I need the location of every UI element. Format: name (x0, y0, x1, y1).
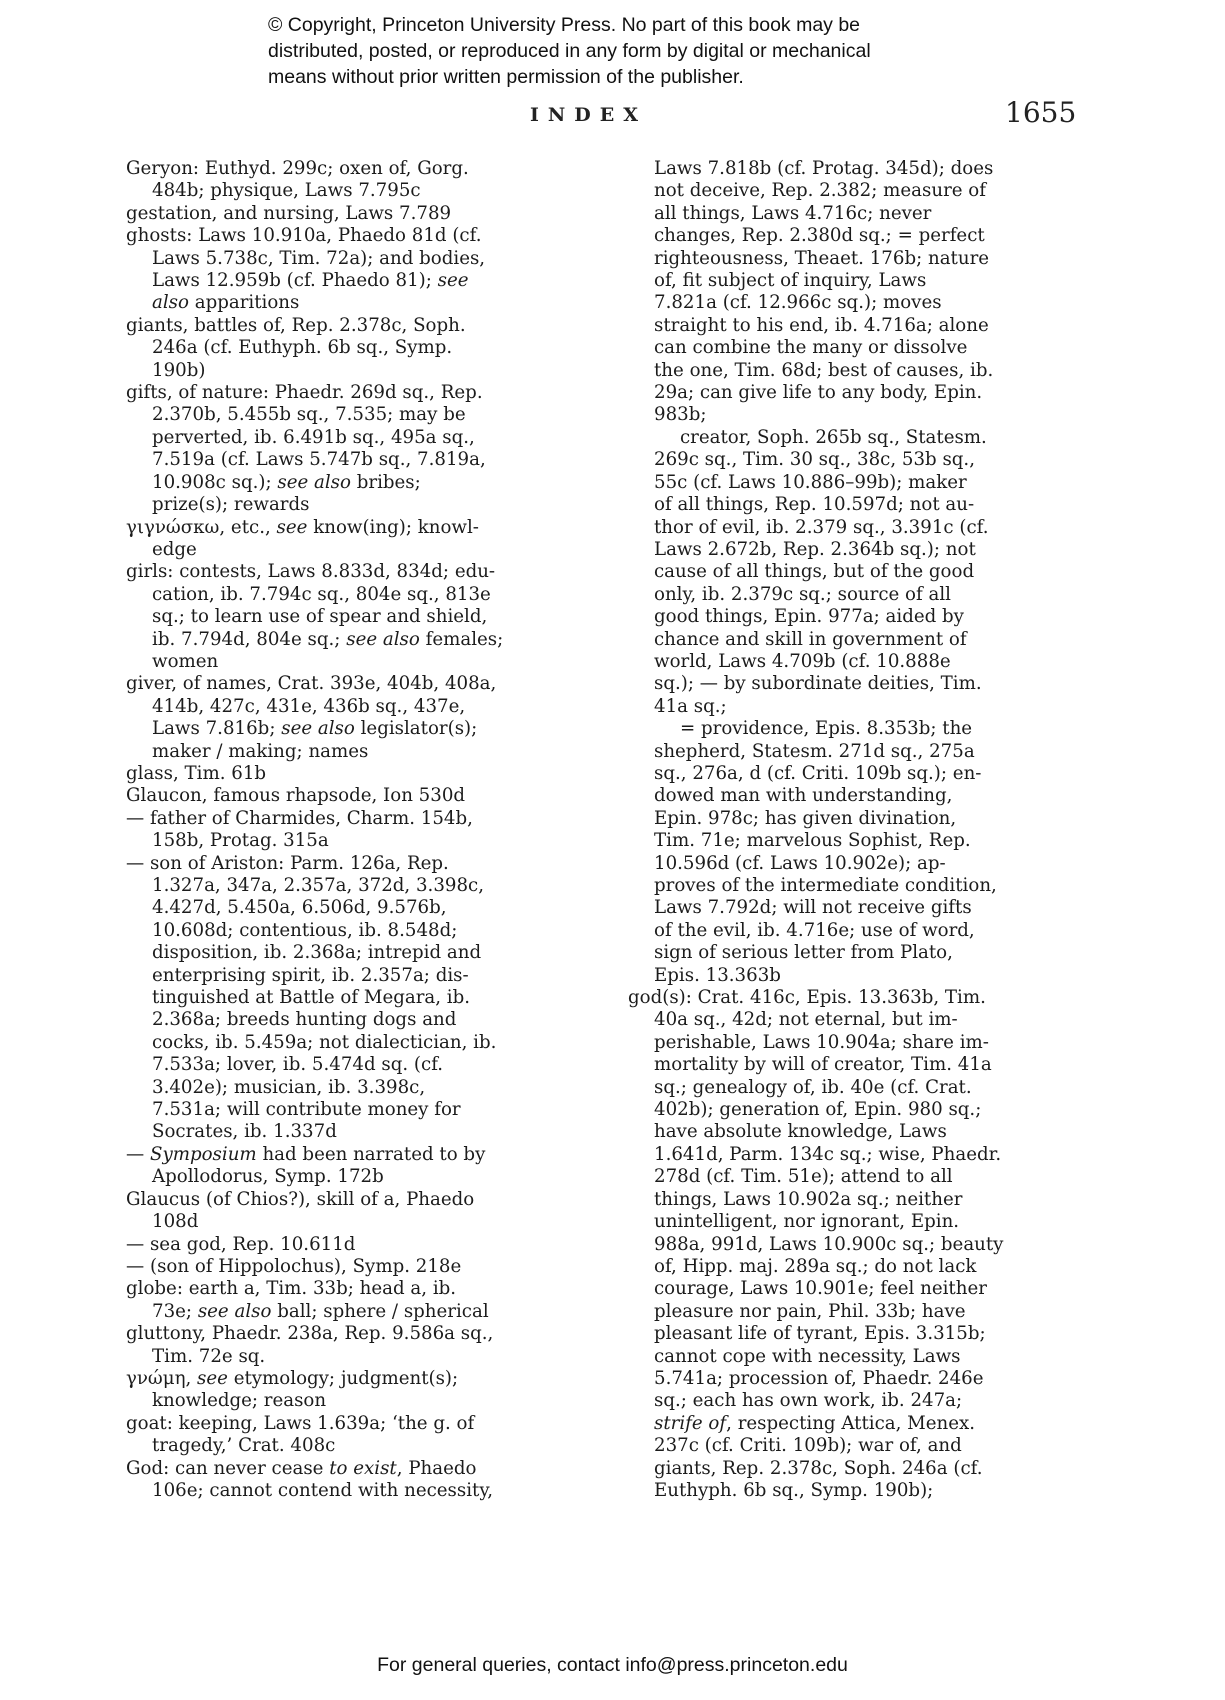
index-entry-continuation-line: only, ib. 2.379c sq.; source of all (628, 584, 1080, 606)
index-entry-continuation-line: things, Laws 10.902a sq.; neither (628, 1189, 1080, 1211)
index-entry-continuation-line: 41a sq.; (628, 696, 1080, 718)
index-entry-continuation-line: pleasant life of tyrant, Epis. 3.315b; (628, 1323, 1080, 1345)
copyright-line: © Copyright, Princeton University Press.… (268, 12, 1028, 38)
index-entry-continuation-line: tinguished at Battle of Megara, ib. (126, 987, 588, 1009)
copyright-line: distributed, posted, or reproduced in an… (268, 38, 1028, 64)
copyright-notice: © Copyright, Princeton University Press.… (268, 12, 1028, 90)
index-entry-continuation-line: enterprising spirit, ib. 2.357a; dis- (126, 965, 588, 987)
index-entry-continuation-line: Euthyph. 6b sq., Symp. 190b); (628, 1480, 1080, 1502)
index-entry-heading-line: gluttony, Phaedr. 238a, Rep. 9.586a sq., (126, 1323, 588, 1345)
index-entry-continuation-line: straight to his end, ib. 4.716a; alone (628, 315, 1080, 337)
index-entry-continuation-line: 7.821a (cf. 12.966c sq.); moves (628, 292, 1080, 314)
index-entry-continuation-line: Epin. 978c; has given divination, (628, 808, 1080, 830)
index-entry-continuation-line: 3.402e); musician, ib. 3.398c, (126, 1077, 588, 1099)
index-entry-continuation-line: perverted, ib. 6.491b sq., 495a sq., (126, 427, 588, 449)
index-entry-continuation-line: 158b, Protag. 315a (126, 830, 588, 852)
index-entry-continuation-line: = providence, Epis. 8.353b; the (628, 718, 1080, 740)
index-entry-continuation-line: 983b; (628, 404, 1080, 426)
index-entry-heading-line: Glaucus (of Chios?), skill of a, Phaedo (126, 1189, 588, 1211)
index-entry-continuation-line: all things, Laws 4.716c; never (628, 203, 1080, 225)
index-entry-heading-line: giver, of names, Crat. 393e, 404b, 408a, (126, 673, 588, 695)
index-entry-continuation-line: Laws 7.818b (cf. Protag. 345d); does (628, 158, 1080, 180)
index-entry-continuation-line: Apollodorus, Symp. 172b (126, 1166, 588, 1188)
index-entry-heading-line: γιγνώσκω, etc., see know(ing); knowl- (126, 517, 588, 539)
index-entry-continuation-line: mortality by will of creator, Tim. 41a (628, 1054, 1080, 1076)
index-entry-continuation-line: can combine the many or dissolve (628, 337, 1080, 359)
index-entry-continuation-line: sq., 276a, d (cf. Criti. 109b sq.); en- (628, 763, 1080, 785)
index-entry-continuation-line: 484b; physique, Laws 7.795c (126, 180, 588, 202)
index-entry-heading-line: — father of Charmides, Charm. 154b, (126, 808, 588, 830)
index-entry-continuation-line: righteousness, Theaet. 176b; nature (628, 248, 1080, 270)
index-entry-continuation-line: 29a; can give life to any body, Epin. (628, 382, 1080, 404)
index-entry-continuation-line: cannot cope with necessity, Laws (628, 1346, 1080, 1368)
index-entry-continuation-line: dowed man with understanding, (628, 785, 1080, 807)
index-entry-heading-line: girls: contests, Laws 8.833d, 834d; edu- (126, 561, 588, 583)
index-entry-continuation-line: sq.; genealogy of, ib. 40e (cf. Crat. (628, 1077, 1080, 1099)
index-entry-continuation-line: 988a, 991d, Laws 10.900c sq.; beauty (628, 1234, 1080, 1256)
index-entry-continuation-line: 40a sq., 42d; not eternal, but im- (628, 1009, 1080, 1031)
index-entry-heading-line: gifts, of nature: Phaedr. 269d sq., Rep. (126, 382, 588, 404)
index-entry-continuation-line: knowledge; reason (126, 1390, 588, 1412)
index-entry-continuation-line: 246a (cf. Euthyph. 6b sq., Symp. (126, 337, 588, 359)
index-entry-continuation-line: 73e; see also ball; sphere / spherical (126, 1301, 588, 1323)
index-entry-heading-line: Glaucon, famous rhapsode, Ion 530d (126, 785, 588, 807)
index-entry-continuation-line: Epis. 13.363b (628, 965, 1080, 987)
index-entry-continuation-line: Laws 12.959b (cf. Phaedo 81); see (126, 270, 588, 292)
index-entry-heading-line: — son of Ariston: Parm. 126a, Rep. (126, 853, 588, 875)
index-entry-continuation-line: disposition, ib. 2.368a; intrepid and (126, 942, 588, 964)
index-entry-heading-line: — (son of Hippolochus), Symp. 218e (126, 1256, 588, 1278)
index-entry-continuation-line: 5.741a; procession of, Phaedr. 246e (628, 1368, 1080, 1390)
index-entry-continuation-line: courage, Laws 10.901e; feel neither (628, 1278, 1080, 1300)
index-entry-continuation-line: 1.327a, 347a, 2.357a, 372d, 3.398c, (126, 875, 588, 897)
index-entry-continuation-line: 10.596d (cf. Laws 10.902e); ap- (628, 853, 1080, 875)
index-entry-continuation-line: world, Laws 4.709b (cf. 10.888e (628, 651, 1080, 673)
index-entry-continuation-line: 10.908c sq.); see also bribes; (126, 472, 588, 494)
index-entry-continuation-line: proves of the intermediate condition, (628, 875, 1080, 897)
index-entry-continuation-line: shepherd, Statesm. 271d sq., 275a (628, 741, 1080, 763)
index-entry-heading-line: goat: keeping, Laws 1.639a; ‘the g. of (126, 1413, 588, 1435)
index-entry-heading-line: γνώμη, see etymology; judgment(s); (126, 1368, 588, 1390)
index-entry-continuation-line: 10.608d; contentious, ib. 8.548d; (126, 920, 588, 942)
index-entry-continuation-line: unintelligent, nor ignorant, Epin. (628, 1211, 1080, 1233)
index-entry-continuation-line: Tim. 72e sq. (126, 1346, 588, 1368)
index-entry-continuation-line: of all things, Rep. 10.597d; not au- (628, 494, 1080, 516)
index-entry-heading-line: globe: earth a, Tim. 33b; head a, ib. (126, 1278, 588, 1300)
index-entry-continuation-line: Laws 2.672b, Rep. 2.364b sq.); not (628, 539, 1080, 561)
index-entry-continuation-line: 2.368a; breeds hunting dogs and (126, 1009, 588, 1031)
index-entry-continuation-line: of, fit subject of inquiry, Laws (628, 270, 1080, 292)
index-entry-continuation-line: giants, Rep. 2.378c, Soph. 246a (cf. (628, 1458, 1080, 1480)
index-entry-continuation-line: of, Hipp. maj. 289a sq.; do not lack (628, 1256, 1080, 1278)
index-entry-continuation-line: tragedy,’ Crat. 408c (126, 1435, 588, 1457)
index-entry-continuation-line: edge (126, 539, 588, 561)
index-entry-continuation-line: 2.370b, 5.455b sq., 7.535; may be (126, 404, 588, 426)
footer-contact: For general queries, contact info@press.… (0, 1654, 1225, 1677)
index-entry-heading-line: gestation, and nursing, Laws 7.789 (126, 203, 588, 225)
index-entry-continuation-line: Laws 7.816b; see also legislator(s); (126, 718, 588, 740)
index-entry-continuation-line: also apparitions (126, 292, 588, 314)
copyright-line: means without prior written permission o… (268, 64, 1028, 90)
page-number: 1655 (1005, 96, 1076, 129)
index-entry-continuation-line: not deceive, Rep. 2.382; measure of (628, 180, 1080, 202)
index-entry-continuation-line: 55c (cf. Laws 10.886–99b); maker (628, 472, 1080, 494)
index-entry-continuation-line: the one, Tim. 68d; best of causes, ib. (628, 360, 1080, 382)
index-entry-continuation-line: changes, Rep. 2.380d sq.; = perfect (628, 225, 1080, 247)
index-entry-continuation-line: Socrates, ib. 1.337d (126, 1121, 588, 1143)
index-entry-continuation-line: 402b); generation of, Epin. 980 sq.; (628, 1099, 1080, 1121)
index-entry-continuation-line: chance and skill in government of (628, 629, 1080, 651)
index-entry-heading-line: ghosts: Laws 10.910a, Phaedo 81d (cf. (126, 225, 588, 247)
index-entry-continuation-line: 7.533a; lover, ib. 5.474d sq. (cf. (126, 1054, 588, 1076)
index-entry-continuation-line: Laws 7.792d; will not receive gifts (628, 897, 1080, 919)
index-entry-continuation-line: 106e; cannot contend with necessity, (126, 1480, 588, 1502)
index-entry-heading-line: Geryon: Euthyd. 299c; oxen of, Gorg. (126, 158, 588, 180)
index-entry-continuation-line: 414b, 427c, 431e, 436b sq., 437e, (126, 696, 588, 718)
index-entry-continuation-line: of the evil, ib. 4.716e; use of word, (628, 920, 1080, 942)
index-entry-continuation-line: cation, ib. 7.794c sq., 804e sq., 813e (126, 584, 588, 606)
index-entry-continuation-line: perishable, Laws 10.904a; share im- (628, 1032, 1080, 1054)
index-entry-continuation-line: 1.641d, Parm. 134c sq.; wise, Phaedr. (628, 1144, 1080, 1166)
index-entry-heading-line: glass, Tim. 61b (126, 763, 588, 785)
index-entry-heading-line: giants, battles of, Rep. 2.378c, Soph. (126, 315, 588, 337)
index-entry-continuation-line: creator, Soph. 265b sq., Statesm. (628, 427, 1080, 449)
index-entry-continuation-line: women (126, 651, 588, 673)
index-entry-continuation-line: Laws 5.738c, Tim. 72a); and bodies, (126, 248, 588, 270)
index-entry-continuation-line: prize(s); rewards (126, 494, 588, 516)
index-entry-continuation-line: ib. 7.794d, 804e sq.; see also females; (126, 629, 588, 651)
index-entry-continuation-line: maker / making; names (126, 741, 588, 763)
index-entry-continuation-line: 237c (cf. Criti. 109b); war of, and (628, 1435, 1080, 1457)
index-entry-continuation-line: have absolute knowledge, Laws (628, 1121, 1080, 1143)
index-column-right: Laws 7.818b (cf. Protag. 345d); doesnot … (628, 158, 1080, 1502)
index-entry-continuation-line: sign of serious letter from Plato, (628, 942, 1080, 964)
index-entry-continuation-line: sq.; to learn use of spear and shield, (126, 606, 588, 628)
index-entry-continuation-line: 278d (cf. Tim. 51e); attend to all (628, 1166, 1080, 1188)
index-entry-continuation-line: 7.531a; will contribute money for (126, 1099, 588, 1121)
index-entry-heading-line: God: can never cease to exist, Phaedo (126, 1458, 588, 1480)
index-entry-continuation-line: thor of evil, ib. 2.379 sq., 3.391c (cf. (628, 517, 1080, 539)
index-entry-continuation-line: sq.); — by subordinate deities, Tim. (628, 673, 1080, 695)
index-entry-continuation-line: 4.427d, 5.450a, 6.506d, 9.576b, (126, 897, 588, 919)
index-entry-heading-line: — Symposium had been narrated to by (126, 1144, 588, 1166)
index-entry-continuation-line: pleasure nor pain, Phil. 33b; have (628, 1301, 1080, 1323)
index-entry-heading-line: — sea god, Rep. 10.611d (126, 1234, 588, 1256)
index-column-left: Geryon: Euthyd. 299c; oxen of, Gorg.484b… (126, 158, 588, 1502)
index-entry-continuation-line: strife of, respecting Attica, Menex. (628, 1413, 1080, 1435)
index-entry-continuation-line: Tim. 71e; marvelous Sophist, Rep. (628, 830, 1080, 852)
index-entry-continuation-line: good things, Epin. 977a; aided by (628, 606, 1080, 628)
index-entry-continuation-line: cause of all things, but of the good (628, 561, 1080, 583)
index-entry-continuation-line: cocks, ib. 5.459a; not dialectician, ib. (126, 1032, 588, 1054)
index-entry-heading-line: god(s): Crat. 416c, Epis. 13.363b, Tim. (628, 987, 1080, 1009)
index-entry-continuation-line: 7.519a (cf. Laws 5.747b sq., 7.819a, (126, 449, 588, 471)
index-entry-continuation-line: 108d (126, 1211, 588, 1233)
running-head: INDEX (530, 104, 647, 126)
index-entry-continuation-line: sq.; each has own work, ib. 247a; (628, 1390, 1080, 1412)
index-entry-continuation-line: 269c sq., Tim. 30 sq., 38c, 53b sq., (628, 449, 1080, 471)
index-entry-continuation-line: 190b) (126, 360, 588, 382)
